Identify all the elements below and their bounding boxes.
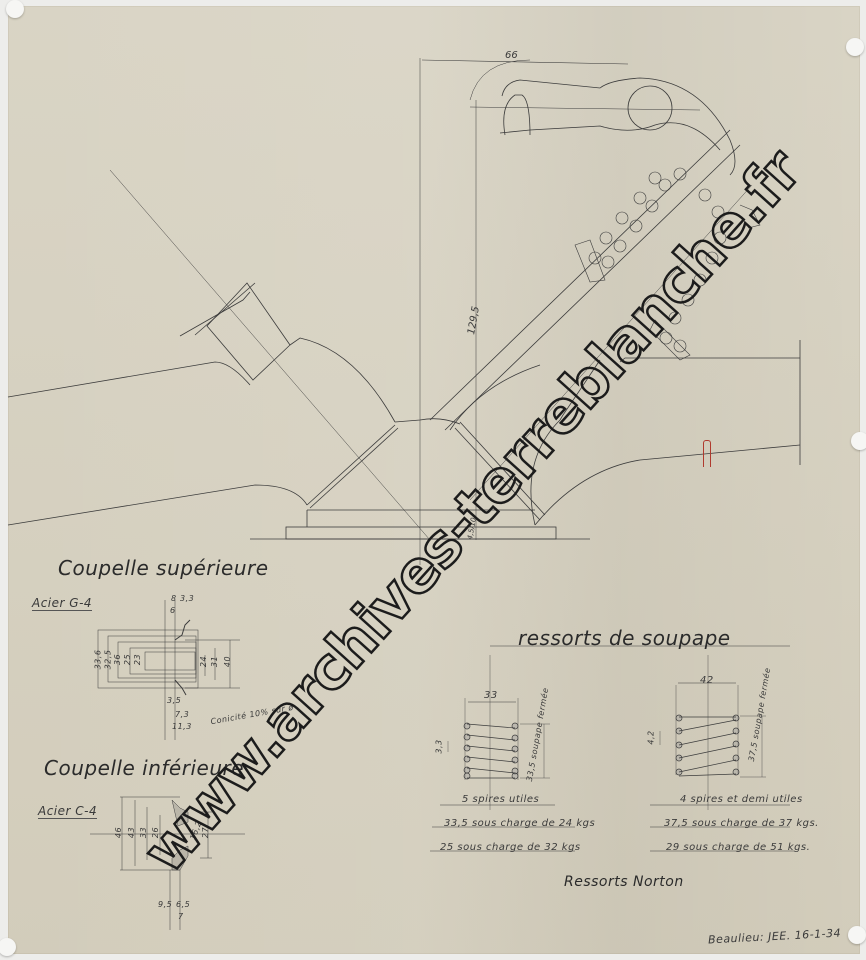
red-pencil-mark: [703, 440, 711, 467]
dim-right-40: 40: [223, 656, 232, 667]
dim-left-25: 25: [123, 654, 132, 665]
spring-left-width: 33: [484, 690, 498, 701]
spring-left-load2: 25 sous charge de 32 kgs: [440, 842, 581, 853]
ressorts-footer: Ressorts Norton: [564, 874, 684, 890]
dim-left-23: 23: [133, 654, 142, 665]
dim-right-31: 31: [210, 656, 219, 667]
dim-inf-46: 46: [114, 827, 123, 838]
dim-inf-9-5: 9,5: [158, 900, 172, 909]
dim-bottom-7-3: 7,3: [175, 710, 189, 719]
dim-66: 66: [505, 50, 518, 61]
coupelle-superieure-title: Coupelle supérieure: [58, 556, 269, 580]
dim-bottom-11-3: 11,3: [172, 722, 192, 731]
dim-inf-7: 7: [178, 912, 184, 921]
dim-bottom-3-5: 3,5: [167, 696, 181, 705]
spring-right-load1: 37,5 sous charge de 37 kgs.: [664, 818, 819, 829]
dim-inf-6-5: 6,5: [176, 900, 190, 909]
coupelle-inferieure-material: Acier C-4: [38, 804, 97, 819]
spring-right-coils: 4 spires et demi utiles: [680, 794, 803, 805]
coupelle-superieure-material: Acier G-4: [32, 596, 92, 611]
dim-129-5: 129,5: [466, 305, 482, 335]
spring-left-coils: 5 spires utiles: [462, 794, 539, 805]
dim-left-33-6: 33,6: [93, 650, 102, 670]
spring-left-pitch: 3,3: [435, 739, 444, 753]
spring-right-pitch: 4,2: [647, 730, 656, 744]
dim-left-36: 36: [113, 654, 122, 665]
dim-left-32-5: 32,5: [103, 650, 112, 670]
dim-top-8: 8: [171, 594, 177, 603]
dim-right-24: 24: [199, 656, 208, 667]
spring-right-load2: 29 sous charge de 51 kgs.: [666, 842, 810, 853]
technical-drawing: 66 129,5 4,5/10: [0, 0, 866, 960]
dim-top-6: 6: [170, 606, 176, 615]
spring-left-load1: 33,5 sous charge de 24 kgs: [444, 818, 595, 829]
spring-right-width: 42: [700, 675, 714, 686]
dim-top-3-3: 3,3: [180, 594, 194, 603]
ressorts-title: ressorts de soupape: [518, 626, 731, 650]
